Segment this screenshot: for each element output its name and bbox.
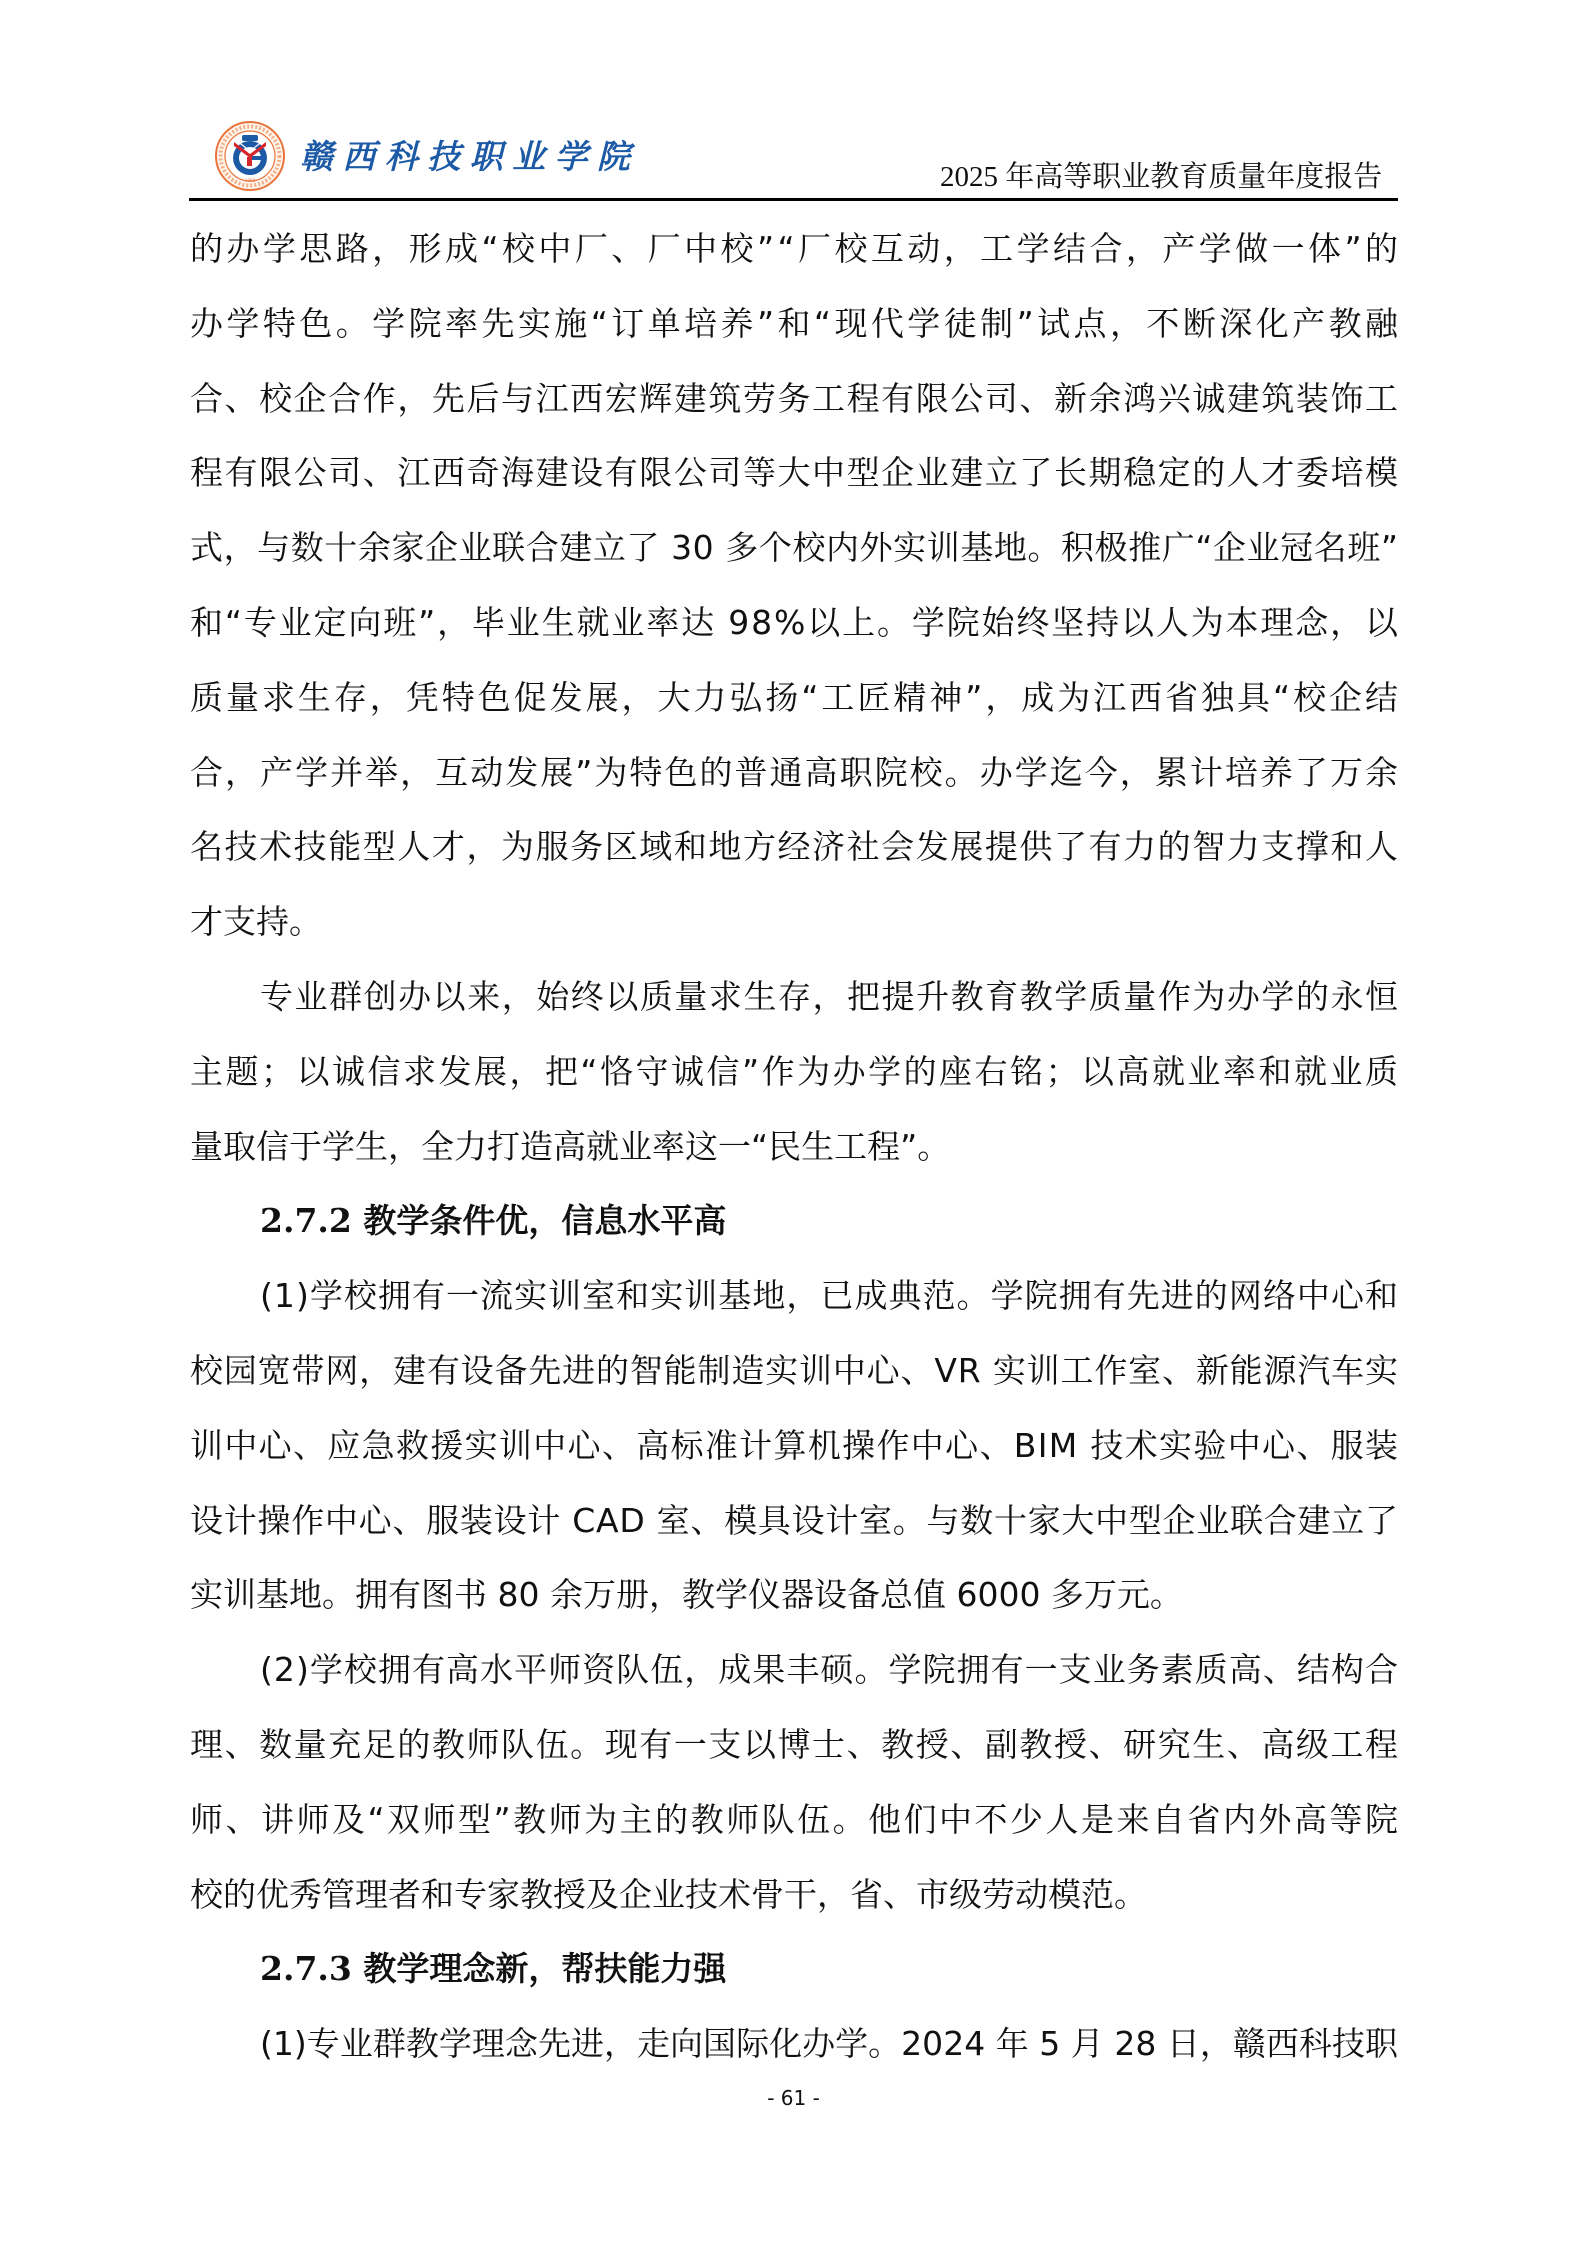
report-title: 2025 年高等职业教育质量年度报告 [940,160,1370,194]
body-text-line: 专业群创办以来，始终以质量求生存，把提升教育教学质量作为办学的永恒 [260,977,1398,1017]
body-text-line: 设计操作中心、服装设计 CAD 室、模具设计室。与数十家大中型企业联合建立了 [190,1501,1398,1541]
body-text-line: 的办学思路，形成“校中厂、厂中校”“厂校互动，工学结合，产学做一体”的 [190,229,1398,269]
body-text-line: (1)专业群教学理念先进，走向国际化办学。2024 年 5 月 28 日，赣西科… [260,2024,1398,2064]
school-name-char: 学 [555,131,588,178]
school-name-char: 职 [470,131,503,178]
school-name-char: 院 [597,131,630,178]
school-name-char: 技 [427,131,460,178]
body-text-line: 校的优秀管理者和专家教授及企业技术骨干，省、市级劳动模范。 [190,1875,1398,1915]
section-heading: 2.7.3 教学理念新，帮扶能力强 [260,1949,1398,1989]
body-text-line: 名技术技能型人才，为服务区域和地方经济社会发展提供了有力的智力支撑和人 [190,827,1398,867]
section-heading: 2.7.2 教学条件优，信息水平高 [260,1201,1398,1241]
svg-text:1988: 1988 [245,178,256,183]
school-emblem-icon: 1988 [214,120,286,192]
body-text-line: 训中心、应急救援实训中心、高标准计算机操作中心、BIM 技术实验中心、服装 [190,1426,1398,1466]
body-text-line: (1)学校拥有一流实训室和实训基地，已成典范。学院拥有先进的网络中心和 [260,1276,1398,1316]
body-text-line: 办学特色。学院率先实施“订单培养”和“现代学徒制”试点，不断深化产教融 [190,304,1398,344]
body-text-line: 师、讲师及“双师型”教师为主的教师队伍。他们中不少人是来自省内外高等院 [190,1800,1398,1840]
page-header: 1988 赣 西 科 技 职 业 学 院 2025 年高等职业教育质量年度报告 [0,0,1587,205]
school-name-char: 业 [512,131,545,178]
school-name-char: 赣 [300,131,333,178]
school-name: 赣 西 科 技 职 业 学 院 [300,132,630,176]
body-text-line: 才支持。 [190,902,1398,942]
body-text-line: 质量求生存，凭特色促发展，大力弘扬“工匠精神”，成为江西省独具“校企结 [190,678,1398,718]
body-text-line: 量取信于学生，全力打造高就业率这一“民生工程”。 [190,1127,1398,1167]
page-number: - 61 - [0,2086,1587,2110]
body-text-line: 合，产学并举，互动发展”为特色的普通高职院校。办学迄今，累计培养了万余 [190,753,1398,793]
body-text-line: 合、校企合作，先后与江西宏辉建筑劳务工程有限公司、新余鸿兴诚建筑装饰工 [190,379,1398,419]
body-text-line: 式，与数十余家企业联合建立了 30 多个校内外实训基地。积极推广“企业冠名班” [190,528,1398,568]
header-divider [189,198,1398,201]
body-text-line: 理、数量充足的教师队伍。现有一支以博士、教授、副教授、研究生、高级工程 [190,1725,1398,1765]
body-text-line: 主题；以诚信求发展，把“恪守诚信”作为办学的座右铭；以高就业率和就业质 [190,1052,1398,1092]
school-name-char: 科 [385,131,418,178]
body-text-line: 程有限公司、江西奇海建设有限公司等大中型企业建立了长期稳定的人才委培模 [190,453,1398,493]
school-name-char: 西 [342,131,375,178]
body-text-line: 和“专业定向班”，毕业生就业率达 98%以上。学院始终坚持以人为本理念，以 [190,603,1398,643]
body-text-line: (2)学校拥有高水平师资队伍，成果丰硕。学院拥有一支业务素质高、结构合 [260,1650,1398,1690]
body-text-line: 实训基地。拥有图书 80 余万册，教学仪器设备总值 6000 多万元。 [190,1575,1398,1615]
body-text-line: 校园宽带网，建有设备先进的智能制造实训中心、VR 实训工作室、新能源汽车实 [190,1351,1398,1391]
